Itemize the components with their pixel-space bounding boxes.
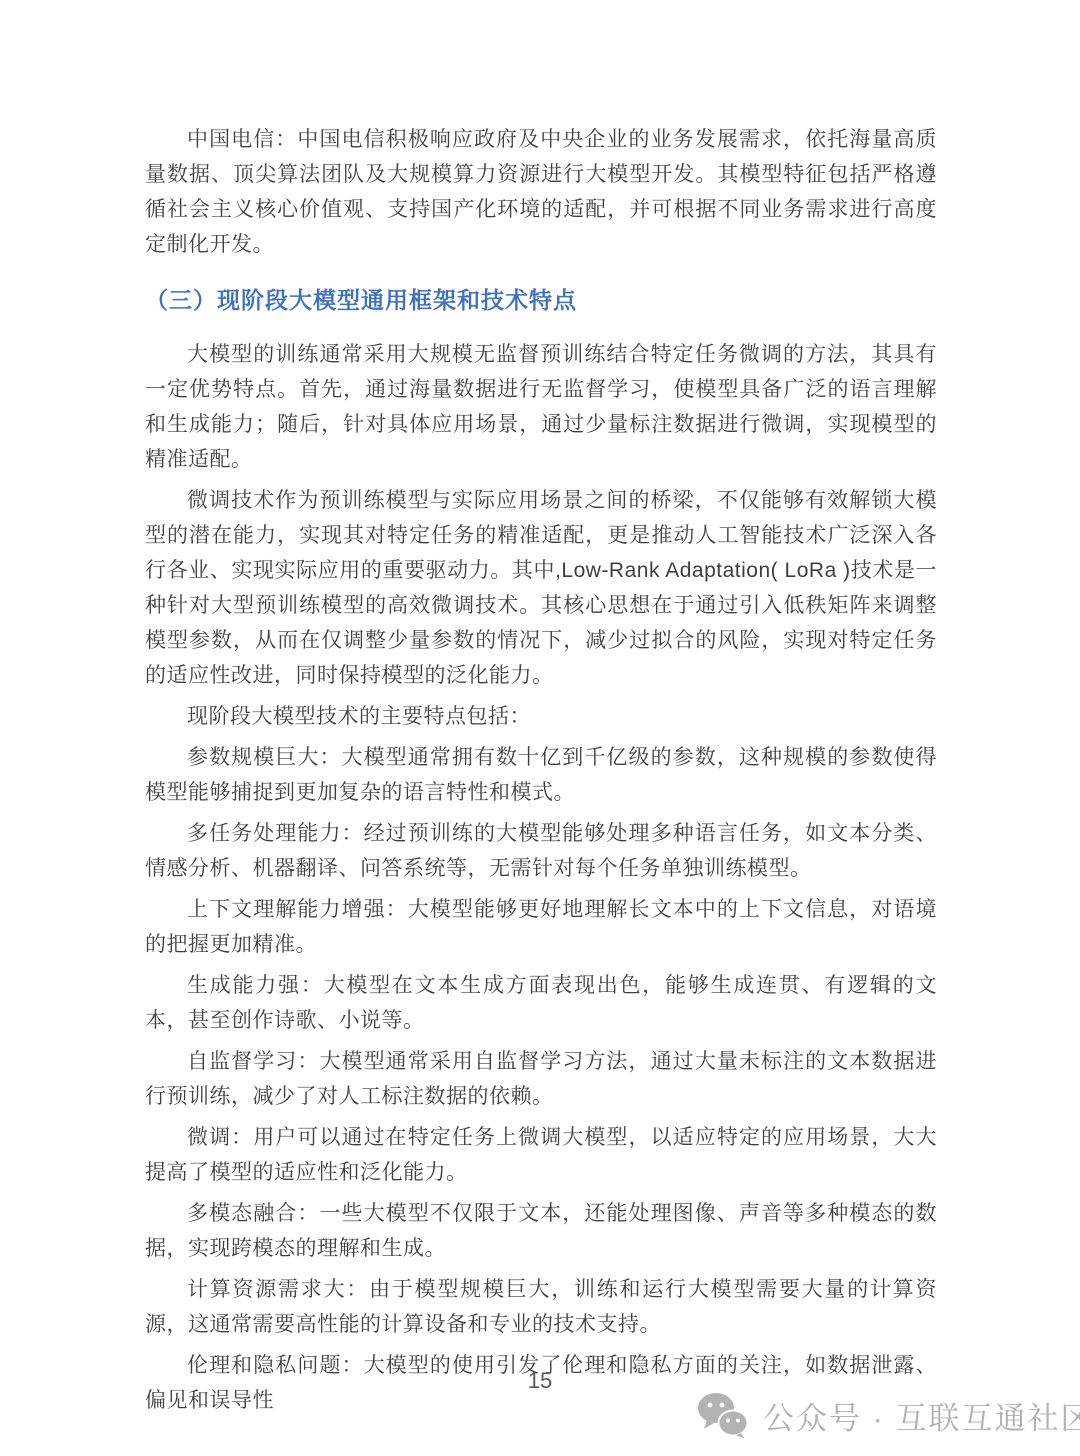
wechat-icon [697,1392,749,1438]
body-paragraph: 多任务处理能力：经过预训练的大模型能够处理多种语言任务，如文本分类、情感分析、机… [145,816,937,886]
body-paragraph: 自监督学习：大模型通常采用自监督学习方法，通过大量未标注的文本数据进行预训练，减… [145,1044,937,1114]
watermark: 公众号 · 互联互通社区 [697,1392,1080,1438]
watermark-label: 公众号 · 互联互通社区 [763,1393,1080,1438]
body-paragraph: 参数规模巨大：大模型通常拥有数十亿到千亿级的参数，这种规模的参数使得模型能够捕捉… [145,740,937,810]
body-paragraph: 计算资源需求大：由于模型规模巨大，训练和运行大模型需要大量的计算资源，这通常需要… [145,1272,937,1342]
body-paragraph: 多模态融合：一些大模型不仅限于文本，还能处理图像、声音等多种模态的数据，实现跨模… [145,1196,937,1266]
body-paragraph: 现阶段大模型技术的主要特点包括： [145,699,937,734]
page-number: 15 [0,1368,1080,1394]
page-content: 中国电信：中国电信积极响应政府及中央企业的业务发展需求，依托海量高质量数据、顶尖… [145,122,937,1424]
lead-paragraph: 中国电信：中国电信积极响应政府及中央企业的业务发展需求，依托海量高质量数据、顶尖… [145,122,937,262]
body-paragraph: 生成能力强：大模型在文本生成方面表现出色，能够生成连贯、有逻辑的文本，甚至创作诗… [145,968,937,1038]
section-heading: （三）现阶段大模型通用框架和技术特点 [145,282,937,319]
document-page: 中国电信：中国电信积极响应政府及中央企业的业务发展需求，依托海量高质量数据、顶尖… [0,0,1080,1456]
body-paragraph: 大模型的训练通常采用大规模无监督预训练结合特定任务微调的方法，其具有一定优势特点… [145,337,937,477]
body-paragraph: 微调：用户可以通过在特定任务上微调大模型，以适应特定的应用场景，大大提高了模型的… [145,1120,937,1190]
body-paragraph: 上下文理解能力增强：大模型能够更好地理解长文本中的上下文信息，对语境的把握更加精… [145,892,937,962]
body-paragraph: 微调技术作为预训练模型与实际应用场景之间的桥梁，不仅能够有效解锁大模型的潜在能力… [145,483,937,693]
